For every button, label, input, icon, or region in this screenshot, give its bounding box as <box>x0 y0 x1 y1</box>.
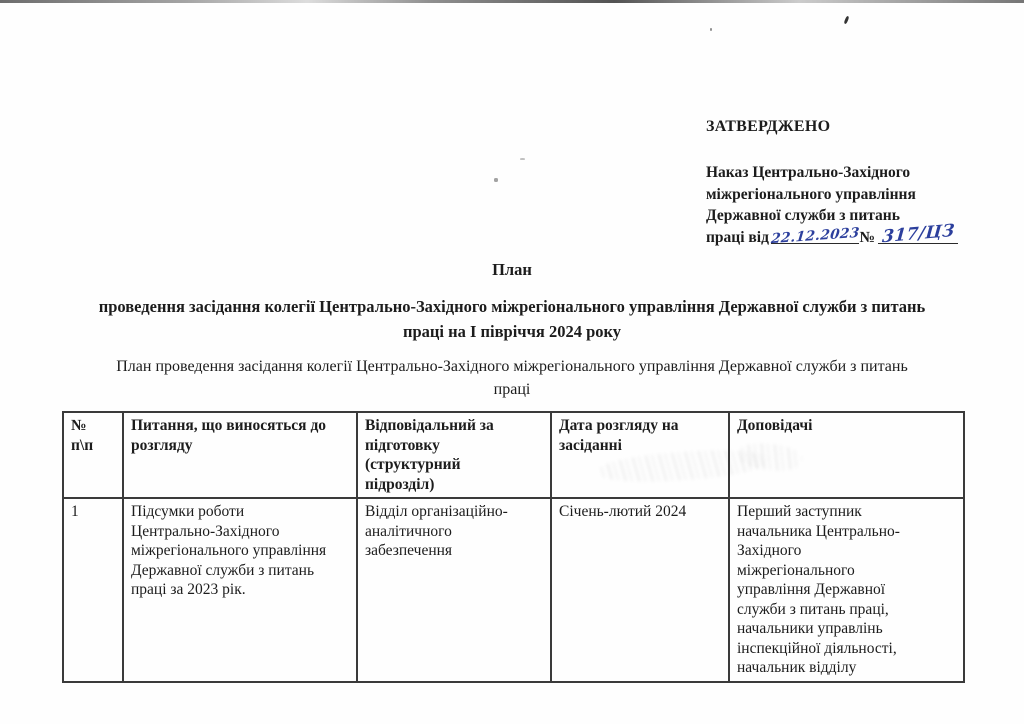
header-cell-question: Питання, що виносяться до розгляду <box>123 412 357 498</box>
header-cell-responsible: Відповідальний за підготовку (структурни… <box>357 412 551 498</box>
order-line-4: праці від22.12.2023№317/ЦЗ <box>706 227 1008 249</box>
scanned-document-page: ЗАТВЕРДЖЕНО Наказ Центрально-Західного м… <box>0 0 1024 724</box>
order-line-2: міжрегіонального управління <box>706 184 1008 206</box>
ink-speck <box>494 178 498 182</box>
cell-responsible: Відділ організаційно- аналітичного забез… <box>357 498 551 682</box>
approved-label: ЗАТВЕРДЖЕНО <box>706 118 1008 136</box>
table-header-row: № п\п Питання, що виносяться до розгляду… <box>63 412 964 498</box>
document-title: План <box>0 260 1024 280</box>
cell-date: Січень-лютий 2024 <box>551 498 729 682</box>
number-sign: № <box>859 229 875 246</box>
document-title-continuation: проведення засідання колегії Центрально-… <box>0 294 1024 344</box>
ink-speck <box>710 28 712 31</box>
cell-question: Підсумки роботи Центрально-Західного між… <box>123 498 357 682</box>
header-cell-speakers: Доповідачі <box>729 412 964 498</box>
handwritten-date: 22.12.2023 <box>770 222 861 250</box>
approval-block: ЗАТВЕРДЖЕНО Наказ Центрально-Західного м… <box>706 118 1008 248</box>
table-row: 1 Підсумки роботи Центрально-Західного м… <box>63 498 964 682</box>
ink-speck <box>520 158 525 160</box>
cell-num: 1 <box>63 498 123 682</box>
ink-speck <box>844 16 850 25</box>
header-cell-num: № п\п <box>63 412 123 498</box>
header-cell-date: Дата розгляду на засіданні <box>551 412 729 498</box>
document-subtitle: План проведення засідання колегії Центра… <box>0 355 1024 401</box>
number-blank: 317/ЦЗ <box>878 227 958 244</box>
scan-edge-artifact <box>0 0 1024 3</box>
title-block: План проведення засідання колегії Центра… <box>0 260 1024 401</box>
cell-speakers: Перший заступник начальника Центрально- … <box>729 498 964 682</box>
order-date-prefix: праці від <box>706 229 769 246</box>
plan-table: № п\п Питання, що виносяться до розгляду… <box>62 411 965 683</box>
order-line-1: Наказ Центрально-Західного <box>706 162 1008 184</box>
date-blank: 22.12.2023 <box>771 227 860 244</box>
